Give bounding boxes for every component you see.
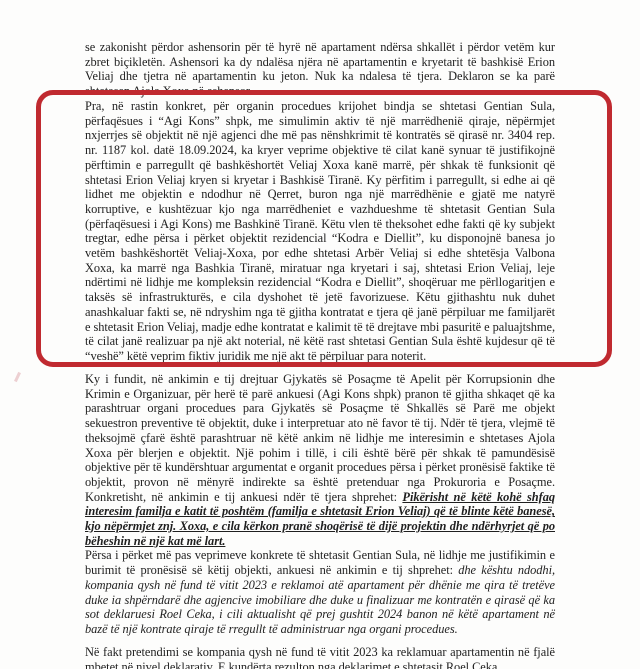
- text-segment-normal: Në fakt pretendimi se kompania qysh në f…: [85, 645, 555, 669]
- document-page: se zakonisht përdor ashensorin për të hy…: [0, 0, 640, 669]
- paragraph-block-middle: Ky i fundit, në ankimin e tij drejtuar G…: [85, 372, 555, 637]
- paragraph-block-bottom: Në fakt pretendimi se kompania qysh në f…: [85, 645, 555, 669]
- paragraph-rebuttal: Në fakt pretendimi se kompania qysh në f…: [85, 645, 555, 669]
- text-segment-normal: Ky i fundit, në ankimin e tij drejtuar G…: [85, 372, 555, 504]
- paragraph-appeal-arguments: Ky i fundit, në ankimin e tij drejtuar G…: [85, 372, 555, 548]
- paragraph-ownership-justification: Përsa i përket më pas veprimeve konkrete…: [85, 548, 555, 636]
- paragraph-block-boxed: Pra, në rastin konkret, për organin proc…: [85, 99, 555, 364]
- paragraph-boxed-conclusion: Pra, në rastin konkret, për organin proc…: [85, 99, 555, 364]
- stray-pen-mark: [14, 372, 21, 382]
- text-segment-normal: se zakonisht përdor ashensorin për të hy…: [85, 40, 555, 98]
- paragraph-lift-testimony: se zakonisht përdor ashensorin për të hy…: [85, 40, 555, 99]
- paragraph-block-top: se zakonisht përdor ashensorin për të hy…: [85, 40, 555, 99]
- text-segment-normal: Pra, në rastin konkret, për organin proc…: [85, 99, 555, 363]
